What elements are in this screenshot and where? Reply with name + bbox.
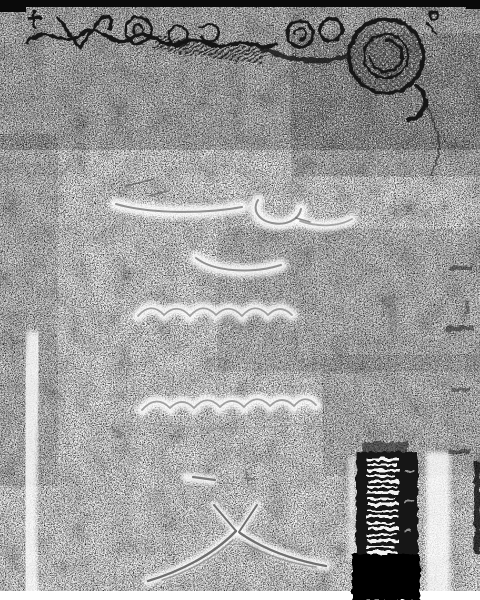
top-left-notch [0, 0, 26, 12]
scan-canvas [0, 0, 480, 600]
right-edge-strip [474, 462, 480, 554]
scanned-page [0, 0, 480, 600]
barcode-bottom-blob [352, 554, 420, 600]
top-right-notch [466, 0, 480, 9]
faint-streak [388, 294, 397, 336]
medallion-icon [349, 19, 423, 93]
